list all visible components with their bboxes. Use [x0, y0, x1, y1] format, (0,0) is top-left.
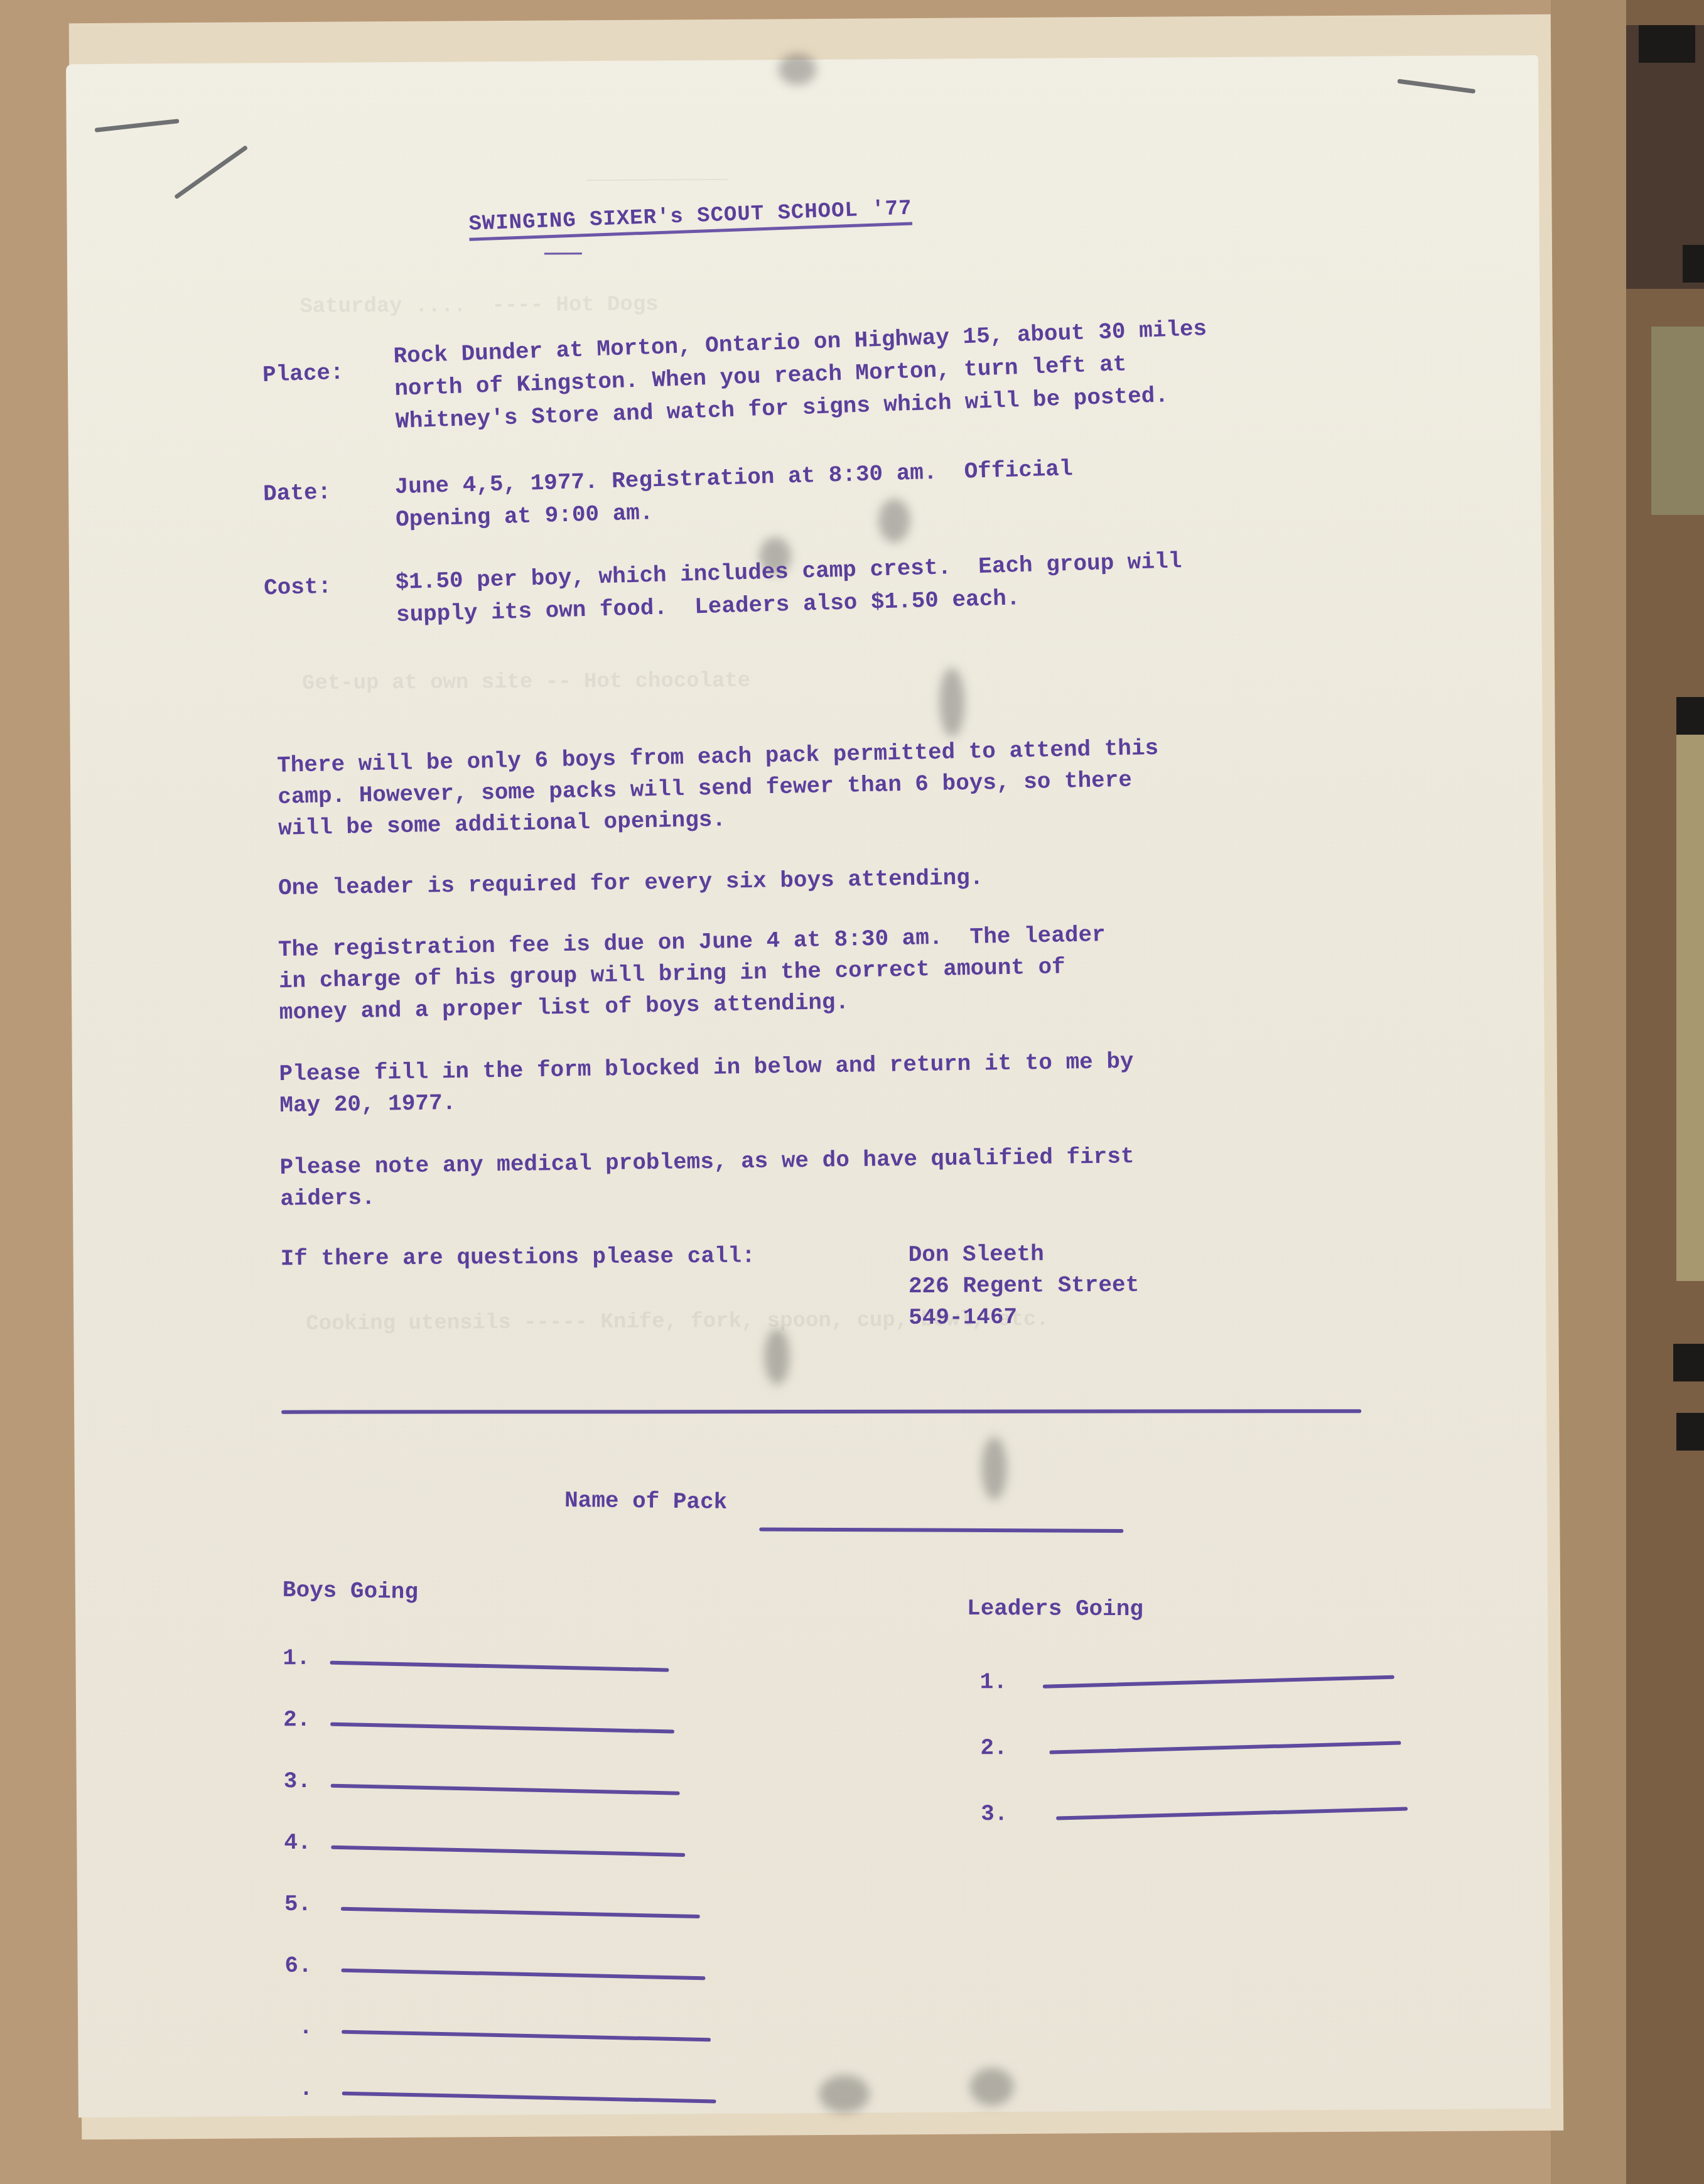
- place-text: Rock Dunder at Morton, Ontario on Highwa…: [393, 313, 1210, 438]
- pack-name-label: Name of Pack: [564, 1485, 728, 1518]
- date-text: June 4,5, 1977. Registration at 8:30 am.…: [394, 453, 1074, 536]
- boy-entry-number: 1.: [283, 1645, 310, 1671]
- boy-entry-number: 6.: [284, 1953, 311, 1979]
- boy-entry-number: 3.: [284, 1768, 311, 1794]
- leaders-going-heading: Leaders Going: [967, 1593, 1143, 1625]
- boy-entry-number: .: [299, 2014, 313, 2040]
- paragraph-attendance: There will be only 6 boys from each pack…: [277, 733, 1160, 845]
- paragraph-registration-fee: The registration fee is due on June 4 at…: [278, 919, 1107, 1029]
- staple: [174, 145, 248, 200]
- boy-name-field[interactable]: [330, 1722, 674, 1734]
- photo-corner: [1639, 25, 1695, 63]
- boy-entry-number: .: [299, 2076, 313, 2102]
- staple: [95, 119, 180, 132]
- boy-name-field[interactable]: [341, 1969, 705, 1981]
- photo-album-page: [1551, 0, 1704, 2184]
- photo-corner: [1683, 245, 1704, 283]
- document-title: SWINGING SIXER's SCOUT SCHOOL '77: [468, 197, 912, 241]
- contact-prompt: If there are questions please call:: [281, 1241, 755, 1275]
- staple: [1397, 79, 1475, 94]
- boy-entry-number: 2.: [283, 1707, 310, 1733]
- leader-name-field[interactable]: [1049, 1741, 1401, 1754]
- paragraph-return-form: Please fill in the form blocked in below…: [279, 1046, 1134, 1122]
- boy-entry-number: 5.: [284, 1891, 311, 1917]
- typed-document-page: ___________ Saturday .... ---- Hot Dogs …: [66, 55, 1551, 2117]
- place-label: Place:: [262, 360, 344, 388]
- leader-entry-number: 1.: [980, 1669, 1007, 1695]
- leader-entry-number: 2.: [980, 1735, 1007, 1761]
- boys-going-heading: Boys Going: [283, 1575, 419, 1608]
- photo-corner: [1673, 1344, 1704, 1381]
- leader-name-field[interactable]: [1056, 1807, 1408, 1820]
- boy-name-field[interactable]: [331, 1784, 680, 1795]
- paragraph-leader-ratio: One leader is required for every six boy…: [278, 862, 984, 904]
- leader-name-field[interactable]: [1043, 1675, 1394, 1689]
- album-photo: [1651, 327, 1704, 515]
- title-underline: [544, 252, 582, 254]
- boy-name-field[interactable]: [331, 1846, 685, 1857]
- photo-corner: [1676, 1413, 1704, 1451]
- contact-details: Don Sleeth226 Regent Street549-1467: [908, 1238, 1139, 1334]
- album-mat: [1551, 0, 1626, 2184]
- cost-text: $1.50 per boy, which includes camp crest…: [395, 545, 1183, 632]
- paragraph-medical: Please note any medical problems, as we …: [279, 1141, 1135, 1215]
- boy-name-field[interactable]: [341, 1907, 700, 1918]
- album-photo: [1676, 716, 1704, 1281]
- boy-entry-number: 4.: [284, 1830, 311, 1856]
- leader-entry-number: 3.: [981, 1801, 1008, 1827]
- boy-name-field[interactable]: [330, 1661, 669, 1672]
- cost-label: Cost:: [264, 574, 332, 602]
- form-divider-line: [281, 1409, 1361, 1414]
- boy-name-field[interactable]: [342, 2092, 716, 2104]
- date-label: Date:: [263, 480, 332, 507]
- pack-name-field[interactable]: [759, 1527, 1123, 1533]
- photo-corner: [1676, 697, 1704, 735]
- boy-name-field[interactable]: [342, 2030, 711, 2042]
